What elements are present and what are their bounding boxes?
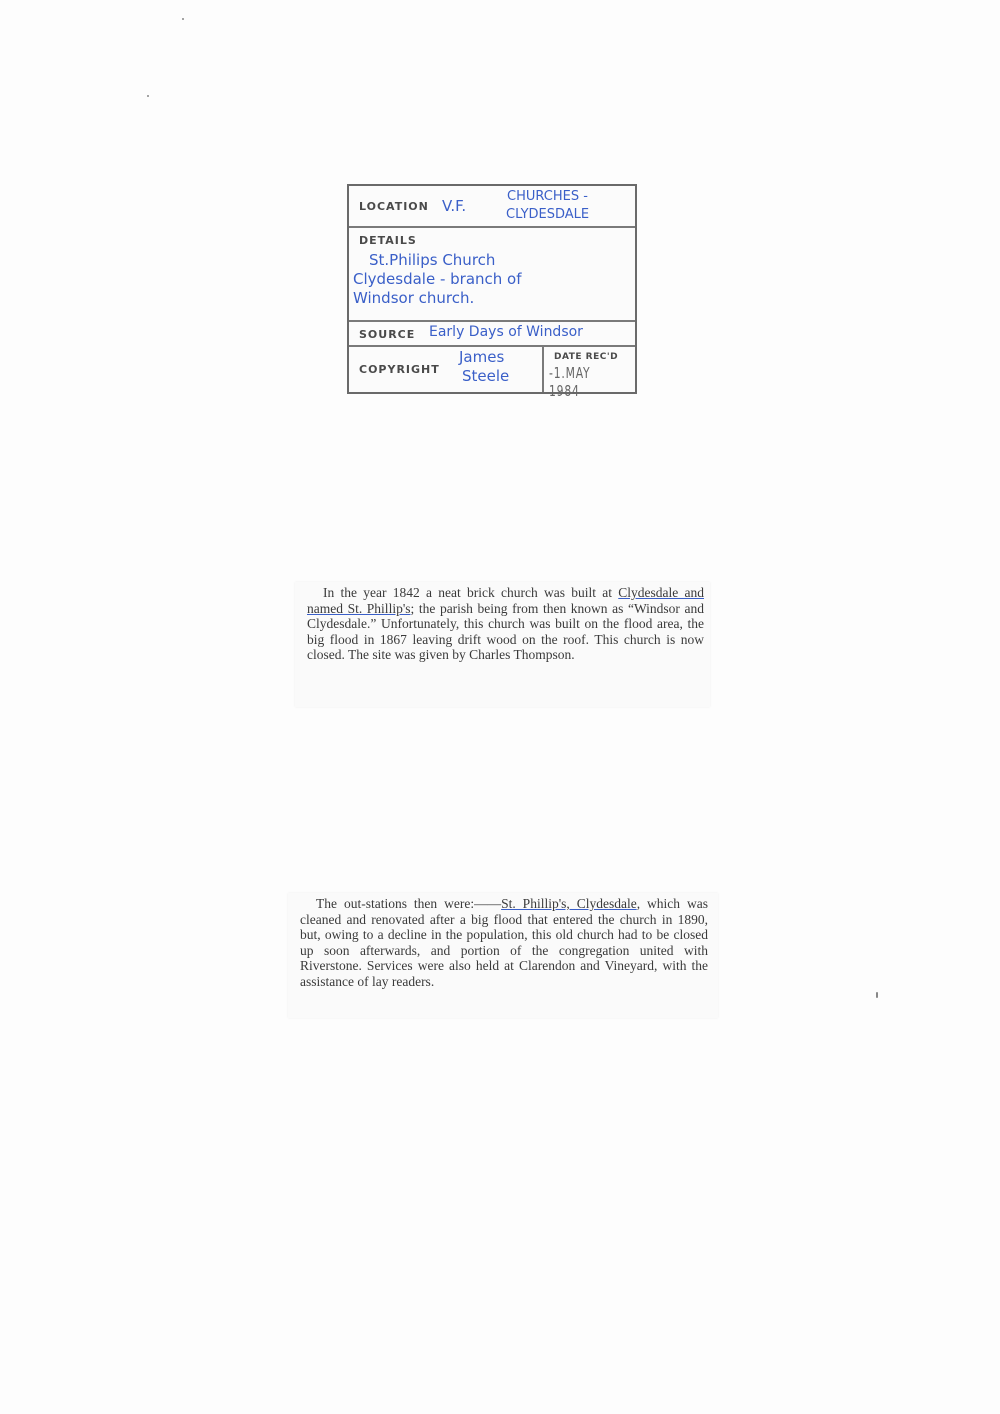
clipping-2-text: The out-stations then were:——St. Phillip… (300, 896, 708, 990)
details-row: DETAILS St.Philips Church Clydesdale - b… (349, 228, 635, 322)
source-label: SOURCE (359, 328, 415, 341)
location-line2: CLYDESDALE (506, 206, 589, 223)
clipping-1-text: In the year 1842 a neat brick church was… (307, 585, 704, 663)
location-label: LOCATION (359, 200, 429, 213)
date-received-label: DATE REC'D (554, 352, 618, 362)
clipping-2-underlined: St. Phillip's, Clydesdale (501, 896, 637, 911)
copyright-row: COPYRIGHT James Steele DATE REC'D -1.MAY… (349, 347, 635, 392)
speck (876, 992, 878, 998)
newspaper-clipping-1: In the year 1842 a neat brick church was… (295, 582, 710, 707)
clipping-2-pre: The out-stations then were:—— (316, 896, 501, 911)
archive-stamp-card: LOCATION V.F. CHURCHES - CLYDESDALE DETA… (347, 184, 637, 394)
clipping-1-pre: In the year 1842 a neat brick church was… (323, 585, 618, 600)
details-line2: Clydesdale - branch of (353, 271, 522, 288)
source-value: Early Days of Windsor (429, 324, 583, 341)
location-prefix: V.F. (442, 198, 466, 215)
copyright-line2: Steele (462, 368, 509, 385)
copyright-line1: James (459, 349, 504, 366)
newspaper-clipping-2: The out-stations then were:——St. Phillip… (288, 893, 718, 1018)
date-divider (542, 347, 544, 392)
speck (182, 18, 184, 20)
details-label: DETAILS (359, 234, 417, 247)
details-line3: Windsor church. (353, 290, 474, 307)
date-received-value: -1.MAY 1984 (549, 364, 618, 400)
source-row: SOURCE Early Days of Windsor (349, 322, 635, 347)
copyright-label: COPYRIGHT (359, 363, 440, 376)
details-line1: St.Philips Church (369, 252, 495, 269)
location-row: LOCATION V.F. CHURCHES - CLYDESDALE (349, 186, 635, 228)
location-line1: CHURCHES - (507, 188, 588, 205)
speck (147, 95, 149, 97)
